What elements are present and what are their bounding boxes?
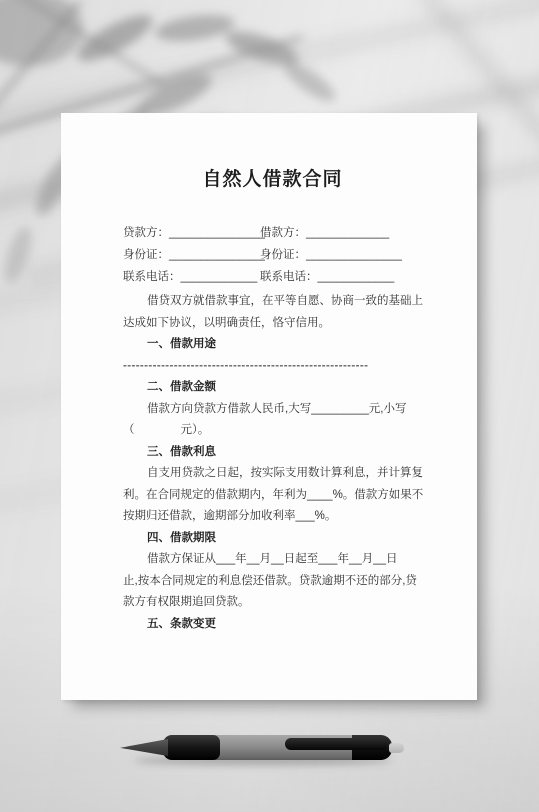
contract-line: 借款方向贷款方借款人民币,大写_________元,小写 xyxy=(123,399,422,421)
contract-line: 自支用贷款之日起，按实际支用数计算利息，并计算复 xyxy=(123,463,422,485)
contract-line: 达成如下协议，以明确责任，恪守信用。 xyxy=(123,313,422,335)
lender-id-blank: _______________ xyxy=(169,249,265,261)
section-heading-purpose: 一、借款用途 xyxy=(123,334,422,356)
contract-document: 自然人借款合同 贷款方：_______________借款方：_________… xyxy=(61,113,477,635)
borrower-blank: _____________ xyxy=(306,227,389,239)
field-row-phone: 联系电话：____________联系电话：____________ xyxy=(123,266,422,288)
contract-body: 借贷双方就借款事宜，在平等自愿、协商一致的基础上 达成如下协议，以明确责任，恪守… xyxy=(123,291,422,635)
contract-line: 借款方保证从___年__月__日起至___年__月__日 xyxy=(123,549,422,571)
lender-phone-blank: ____________ xyxy=(181,271,258,283)
section-heading-term: 四、借款期限 xyxy=(123,528,422,550)
field-row-party: 贷款方：_______________借款方：_____________ xyxy=(123,222,422,244)
lender-label: 贷款方： xyxy=(123,227,169,239)
contract-line: 款方有权限期追回贷款。 xyxy=(123,592,422,614)
pen xyxy=(120,730,404,768)
pen-push-button xyxy=(389,743,404,753)
borrower-phone-blank: ____________ xyxy=(318,271,395,283)
section-heading-interest: 三、借款利息 xyxy=(123,442,422,464)
lender-blank: _______________ xyxy=(169,227,265,239)
lender-id-label: 身份证： xyxy=(123,249,169,261)
field-row-id: 身份证：_______________身份证：_______________ xyxy=(123,244,422,266)
dashed-fill-line: ----------------------------------------… xyxy=(123,356,383,378)
pen-tip xyxy=(120,739,168,756)
contract-line: （ 元）。 xyxy=(123,420,422,442)
borrower-id-blank: _______________ xyxy=(306,249,402,261)
borrower-phone-label: 联系电话： xyxy=(260,271,318,283)
document-title: 自然人借款合同 xyxy=(123,168,422,192)
party-fields: 贷款方：_______________借款方：_____________ 身份证… xyxy=(123,222,422,288)
section-heading-amendment: 五、条款变更 xyxy=(123,614,422,636)
contract-line: 借贷双方就借款事宜，在平等自愿、协商一致的基础上 xyxy=(123,291,422,313)
pen-grip xyxy=(163,735,220,760)
contract-line: 利。在合同规定的借款期内，年利为____%。借款方如果不 xyxy=(123,485,422,507)
contract-line: 止,按本合同规定的利息偿还借款。贷款逾期不还的部分,贷 xyxy=(123,571,422,593)
contract-line: 按期归还借款，逾期部分加收利率___%。 xyxy=(123,506,422,528)
section-heading-amount: 二、借款金额 xyxy=(123,377,422,399)
lender-phone-label: 联系电话： xyxy=(123,271,181,283)
borrower-id-label: 身份证： xyxy=(260,249,306,261)
scene: { "colors": { "background": "#e9e9e9", "… xyxy=(0,0,539,812)
pen-clip xyxy=(285,738,387,750)
borrower-label: 借款方： xyxy=(260,227,306,239)
paper: 自然人借款合同 贷款方：_______________借款方：_________… xyxy=(61,113,477,700)
